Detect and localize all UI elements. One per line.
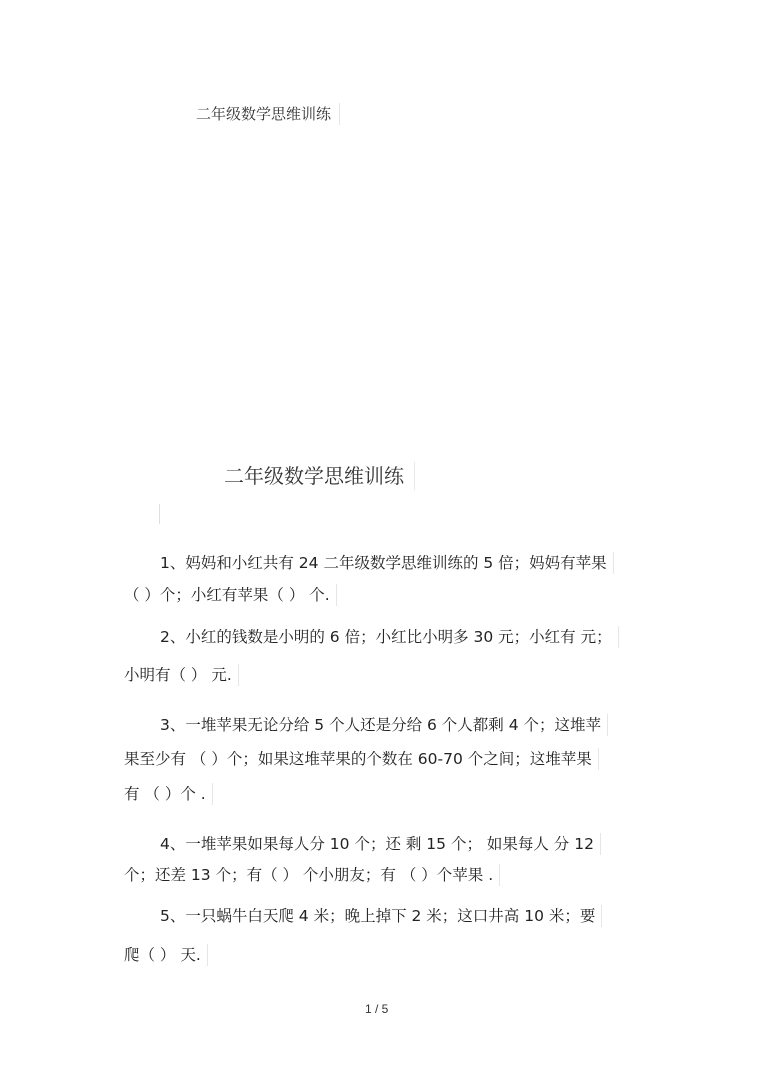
question-1-line-2: （ ）个；小红有苹果（ ） 个. — [124, 584, 337, 606]
divider — [159, 504, 160, 524]
question-3-line-1: 3、一堆苹果无论分给 5 个人还是分给 6 个人都剩 4 个；这堆苹 — [160, 714, 608, 736]
question-3-line-3: 有 （ ）个 . — [124, 783, 213, 805]
question-1-line-1: 1、妈妈和小红共有 24 二年级数学思维训练的 5 倍；妈妈有苹果 — [160, 552, 614, 574]
question-2-line-1: 2、小红的钱数是小明的 6 倍；小红比小明多 30 元；小红有 元； — [160, 626, 619, 648]
document-title: 二年级数学思维训练 — [224, 462, 415, 490]
question-3-line-2: 果至少有 （ ）个；如果这堆苹果的个数在 60-70 个之间；这堆苹果 — [124, 748, 599, 770]
question-5-line-1: 5、一只蜗牛白天爬 4 米；晚上掉下 2 米；这口井高 10 米；要 — [160, 905, 602, 927]
page-indicator: 1 / 5 — [365, 1002, 388, 1016]
question-2-line-2: 小明有（ ） 元. — [124, 664, 239, 686]
question-4-line-1: 4、一堆苹果如果每人分 10 个；还 剩 15 个； 如果每人 分 12 — [160, 833, 601, 855]
question-4-line-2: 个；还差 13 个；有（ ） 个小朋友；有 （ ）个苹果 . — [124, 864, 500, 886]
header-title: 二年级数学思维训练 — [196, 103, 340, 125]
question-5-line-2: 爬（ ） 天. — [124, 944, 208, 966]
